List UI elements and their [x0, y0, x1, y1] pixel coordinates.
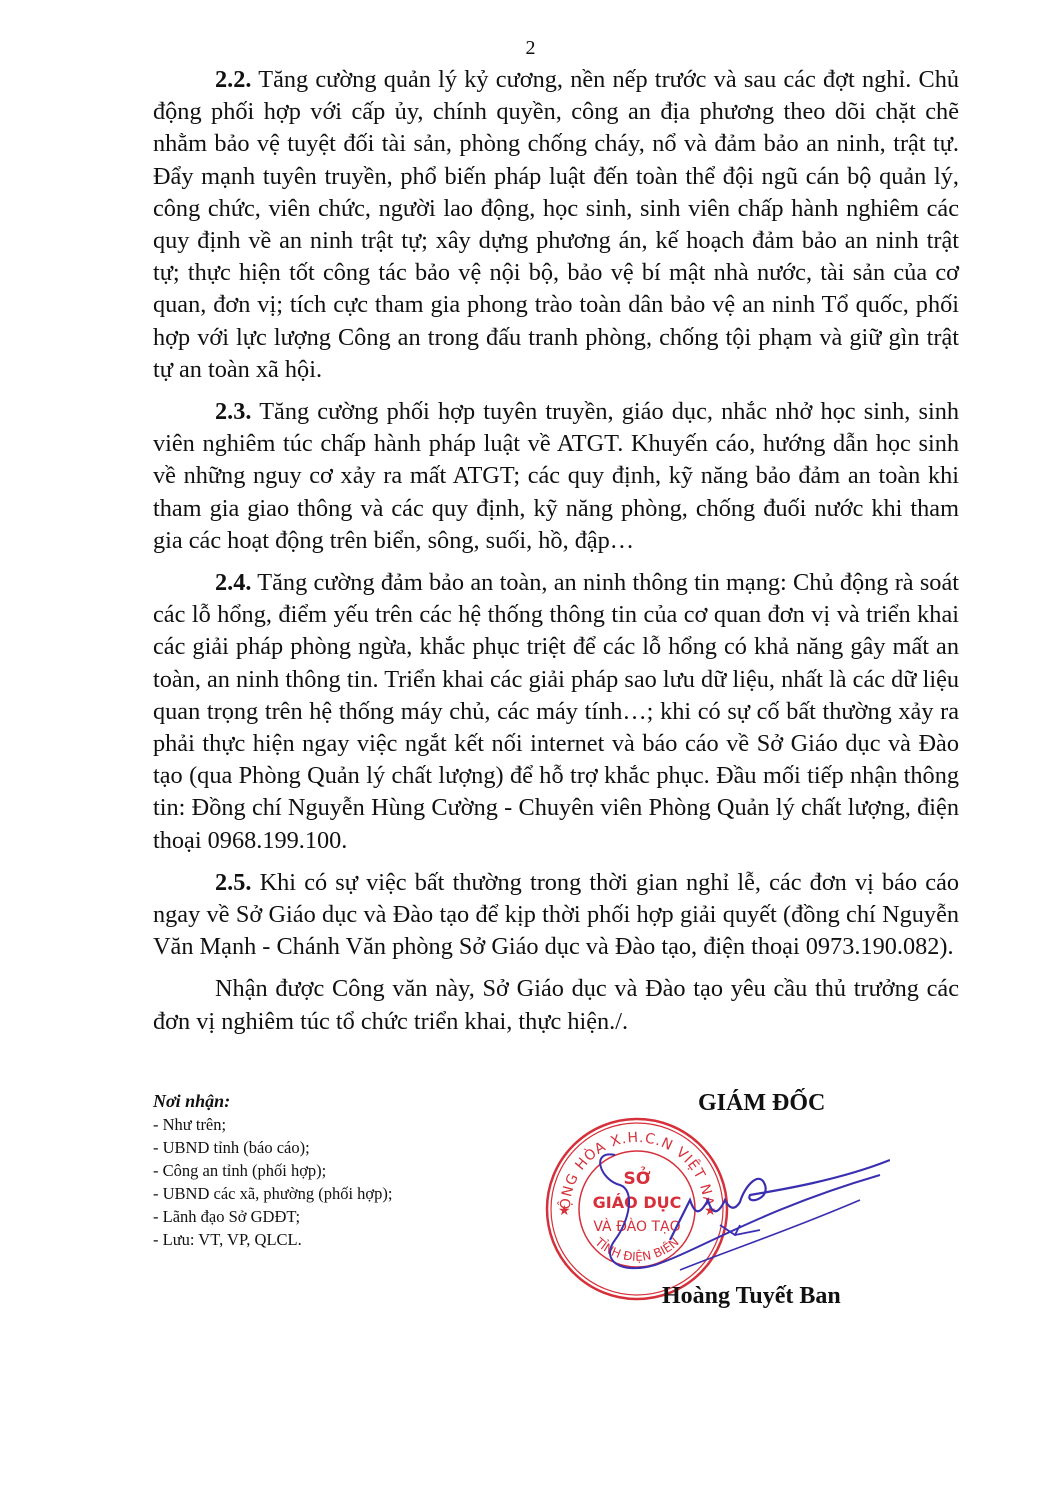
- paragraph-2-2: 2.2. Tăng cường quản lý kỷ cương, nền nế…: [153, 64, 959, 386]
- section-number: 2.2.: [215, 66, 251, 93]
- document-body: 2.2. Tăng cường quản lý kỷ cương, nền nế…: [153, 64, 959, 1048]
- handwritten-signature-icon: [560, 1140, 890, 1280]
- paragraph-2-4: 2.4. Tăng cường đảm bảo an toàn, an ninh…: [153, 567, 959, 857]
- paragraph-2-3: 2.3. Tăng cường phối hợp tuyên truyền, g…: [153, 396, 959, 557]
- paragraph-text: Khi có sự việc bất thường trong thời gia…: [153, 869, 959, 960]
- recipient-item: - Công an tỉnh (phối hợp);: [153, 1159, 392, 1182]
- paragraph-text: Tăng cường phối hợp tuyên truyền, giáo d…: [153, 398, 959, 554]
- recipient-item: - UBND tỉnh (báo cáo);: [153, 1136, 392, 1159]
- signer-name: Hoàng Tuyết Ban: [662, 1283, 841, 1310]
- page-number: 2: [0, 37, 1061, 60]
- recipient-item: - UBND các xã, phường (phối hợp);: [153, 1182, 392, 1205]
- recipients-block: Nơi nhận: - Như trên; - UBND tỉnh (báo c…: [153, 1090, 392, 1251]
- recipient-item: - Lãnh đạo Sở GDĐT;: [153, 1205, 392, 1228]
- recipients-title: Nơi nhận:: [153, 1090, 392, 1113]
- recipient-item: - Như trên;: [153, 1113, 392, 1136]
- closing-paragraph: Nhận được Công văn này, Sở Giáo dục và Đ…: [153, 973, 959, 1037]
- section-number: 2.4.: [215, 569, 251, 596]
- section-number: 2.3.: [215, 398, 251, 425]
- signer-position: GIÁM ĐỐC: [698, 1090, 825, 1117]
- section-number: 2.5.: [215, 869, 251, 896]
- paragraph-2-5: 2.5. Khi có sự việc bất thường trong thờ…: [153, 867, 959, 964]
- recipient-item: - Lưu: VT, VP, QLCL.: [153, 1228, 392, 1251]
- paragraph-text: Tăng cường đảm bảo an toàn, an ninh thôn…: [153, 569, 959, 854]
- paragraph-text: Tăng cường quản lý kỷ cương, nền nếp trư…: [153, 66, 959, 383]
